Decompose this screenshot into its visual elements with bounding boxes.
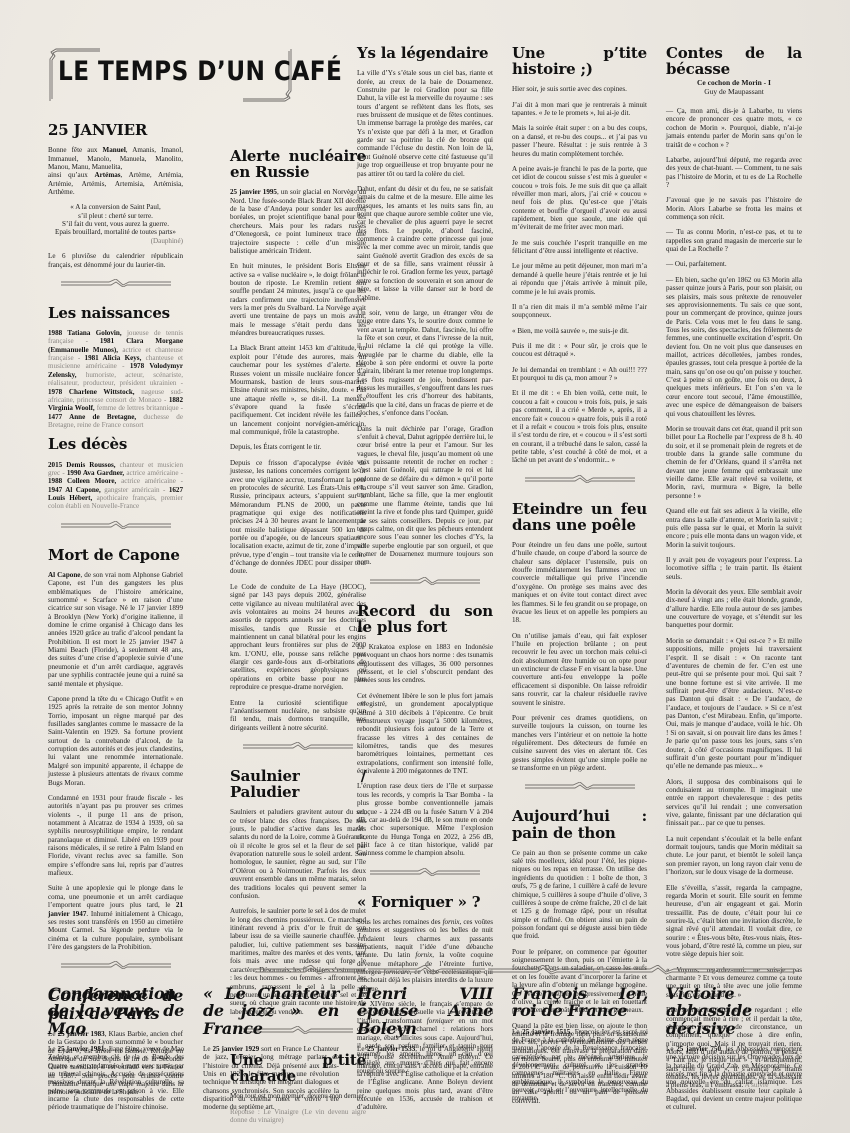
fire-paragraph: Pour prévenir ces drames quotidiens, on … bbox=[512, 714, 647, 773]
bottom-article-jazz: « Le Chanteur de jazz » en France Le 25 … bbox=[203, 985, 339, 1119]
story-paragraph: Le jour même au petit déjeuner, mon mari… bbox=[512, 262, 647, 295]
nuclear-paragraph: La Black Brant atteint 1453 km d’altitud… bbox=[230, 344, 366, 436]
capone-paragraph: Capone prend la tête du « Chicago Outfit… bbox=[48, 695, 183, 787]
tale-paragraph: Elle s’éveilla, s’assit, regarda la camp… bbox=[666, 884, 802, 959]
divider-ornament bbox=[61, 521, 171, 529]
tale-paragraph: — Oui, parfaitement. bbox=[666, 260, 802, 268]
bottom-divider-ornament bbox=[255, 965, 795, 975]
divider-ornament bbox=[243, 742, 353, 750]
bottom-article-abbasid: Victoire abbasside décisive Le 25 janvie… bbox=[666, 985, 802, 1119]
proverb: « A la conversion de Saint Paul, s’il pl… bbox=[48, 203, 183, 236]
article-heading: Condamnation de la veuve de Mao bbox=[48, 985, 184, 1037]
deaths-heading: Les décès bbox=[48, 436, 183, 452]
story-paragraph: A peine avais-je franchi le pas de la po… bbox=[512, 165, 647, 232]
births-heading: Les naissances bbox=[48, 305, 183, 321]
nuclear-paragraph: 25 janvier 1995, un soir glacial en Norv… bbox=[230, 188, 366, 255]
record-paragraph: L’éruption rase deux tiers de l’île et s… bbox=[357, 782, 493, 857]
article-heading: François Ier, roi de France bbox=[512, 985, 648, 1020]
bottom-article-henri: Henri VIII épouse Anne Boleyn Le 25 janv… bbox=[357, 985, 493, 1119]
divider-ornament bbox=[61, 961, 171, 969]
divider-ornament bbox=[370, 577, 480, 585]
nuclear-paragraph: Entre la curiosité scientifique et l’ané… bbox=[230, 699, 366, 732]
capone-paragraph: Al Capone, de son vrai nom Alphonse Gabr… bbox=[48, 571, 183, 688]
deaths-list: 2015 Demis Roussos, chanteur et musicien… bbox=[48, 461, 183, 511]
divider-ornament bbox=[61, 279, 171, 287]
ys-paragraph: La ville d’Ys s’étale sous un ciel bas, … bbox=[357, 69, 493, 178]
story-paragraph: Hier soir, je suis sortie avec des copin… bbox=[512, 85, 647, 93]
tale-author: Guy de Maupassant bbox=[666, 88, 802, 97]
bottom-article-francois: François Ier, roi de France Le 25 janvie… bbox=[512, 985, 648, 1110]
nuclear-heading: Alerte nucléaire en Russie bbox=[230, 148, 366, 180]
ys-paragraph: Dans la nuit déchirée par l’orage, Gradl… bbox=[357, 425, 493, 567]
proverb-source: (Dauphiné) bbox=[48, 237, 183, 245]
capone-heading: Mort de Capone bbox=[48, 547, 183, 563]
date-heading: 25 JANVIER bbox=[48, 122, 183, 138]
record-paragraph: Le Krakatoa explose en 1883 en Indonésie… bbox=[357, 643, 493, 685]
ys-paragraph: Dahut, enfant du désir et du feu, ne se … bbox=[357, 185, 493, 302]
newspaper-page: LE TEMPS D’UN CAFÉ 25 JANVIER Bonne fête… bbox=[0, 0, 850, 1133]
tale-paragraph: — Eh bien, sache qu’en 1862 ou 63 Morin … bbox=[666, 276, 802, 418]
divider-ornament bbox=[525, 782, 635, 790]
masthead: LE TEMPS D’UN CAFÉ bbox=[48, 47, 293, 103]
story-paragraph: Je lui demandai en tremblant : « Ah oui!… bbox=[512, 366, 647, 383]
saints-paragraph: Bonne fête aux Manuel, Amanis, Imanol, I… bbox=[48, 146, 183, 196]
tale-paragraph: Quand elle eut fait ses adieux à la viei… bbox=[666, 507, 802, 549]
tale-paragraph: Labarbe, aujourd’hui député, me regarda … bbox=[666, 156, 802, 189]
tale-paragraph: Morin la dévorait des yeux. Elle semblai… bbox=[666, 588, 802, 630]
ys-paragraph: Un soir, venu de large, un étranger vêtu… bbox=[357, 309, 493, 418]
births-list: 1988 Tatiana Golovin, joueuse de tennis … bbox=[48, 329, 183, 429]
tale-paragraph: Alors, il supposa des combinaisons qui l… bbox=[666, 778, 802, 828]
column-5: Contes de la bécasse Ce cochon de Morin … bbox=[666, 45, 802, 1097]
story-paragraph: Puis il me dit : « Pour sûr, je crois qu… bbox=[512, 342, 647, 359]
saulnier-heading: Saulnier / Paludier bbox=[230, 768, 366, 800]
nuclear-paragraph: En huit minutes, le président Boris Elts… bbox=[230, 262, 366, 337]
article-heading: Henri VIII épouse Anne Boleyn bbox=[357, 985, 493, 1037]
tale-paragraph: J’avouai que je ne savais pas l’histoire… bbox=[666, 196, 802, 221]
story-paragraph: Et il me dit : « Eh bien voilà, cette nu… bbox=[512, 389, 647, 464]
nuclear-paragraph: Le Code de conduite de La Haye (HCOC), s… bbox=[230, 583, 366, 692]
divider-ornament bbox=[370, 868, 480, 876]
story-paragraph: Mais la soirée était super : on a bu des… bbox=[512, 124, 647, 157]
article-heading: « Le Chanteur de jazz » en France bbox=[203, 985, 339, 1037]
nuclear-paragraph: Depuis ce frisson d’apocalypse évitée de… bbox=[230, 459, 366, 576]
capone-paragraph: Suite à une apoplexie qui le plonge dans… bbox=[48, 884, 183, 951]
article-heading: Victoire abbasside décisive bbox=[666, 985, 802, 1037]
story-paragraph: J’ai dit à mon mari que je rentrerais à … bbox=[512, 101, 647, 118]
record-heading: Record du son le plus fort bbox=[357, 603, 493, 635]
record-paragraph: Cet événement libère le son le plus fort… bbox=[357, 692, 493, 776]
column-3: Ys la légendaire La ville d’Ys s’étale s… bbox=[357, 45, 493, 1082]
story-paragraph: Je me suis couchée l’esprit tranquille e… bbox=[512, 239, 647, 256]
tale-paragraph: Morin se trouvait dans cet état, quand i… bbox=[666, 425, 802, 500]
tuna-paragraph: Ce pain au thon se présente comme un cak… bbox=[512, 849, 647, 941]
column-4: Une p’tite histoire ;) Hier soir, je sui… bbox=[512, 45, 647, 1112]
tale-paragraph: — Ça, mon ami, dis-je à Labarbe, tu vien… bbox=[666, 107, 802, 149]
nuclear-paragraph: Depuis, les États corrigent le tir. bbox=[230, 443, 366, 451]
fire-heading: Eteindre un feu dans une poêle bbox=[512, 501, 647, 533]
story-heading: Une p’tite histoire ;) bbox=[512, 45, 647, 77]
capone-paragraph: Condamné en 1931 pour fraude fiscale - l… bbox=[48, 794, 183, 878]
story-paragraph: Il n’a rien dit mais il m’a semblé même … bbox=[512, 303, 647, 320]
divider-ornament bbox=[525, 475, 635, 483]
tale-paragraph: Il y avait peu de voyageurs pour l’expre… bbox=[666, 556, 802, 581]
story-paragraph: « Bien, me voilà sauvée », me suis-je di… bbox=[512, 327, 647, 335]
saulnier-paragraph: Saulniers et paludiers gravitent autour … bbox=[230, 808, 366, 900]
ys-heading: Ys la légendaire bbox=[357, 45, 493, 61]
fire-paragraph: On n’utilise jamais d’eau, qui fait expl… bbox=[512, 632, 647, 707]
tale-paragraph: Morin se demandait : « Qui est-ce ? » Et… bbox=[666, 637, 802, 771]
republican-calendar: Le 6 pluviôse du calendrier républicain … bbox=[48, 252, 183, 269]
masthead-title: LE TEMPS D’UN CAFÉ bbox=[58, 56, 342, 87]
tale-paragraph: — Tu as connu Morin, n’est-ce pas, et tu… bbox=[666, 228, 802, 253]
fire-paragraph: Pour éteindre un feu dans une poêle, sur… bbox=[512, 541, 647, 625]
forniquer-paragraph: Sous les arches romaines des fornix, ces… bbox=[357, 918, 493, 993]
tale-heading: Contes de la bécasse bbox=[666, 45, 802, 77]
tuna-heading: Aujourd’hui : pain de thon bbox=[512, 808, 647, 840]
bottom-article-mao: Condamnation de la veuve de Mao Le 25 ja… bbox=[48, 985, 184, 1119]
tale-paragraph: La nuit cependant s’écoulait et la belle… bbox=[666, 835, 802, 877]
column-1: 25 JANVIER Bonne fête aux Manuel, Amanis… bbox=[48, 122, 183, 1104]
forniquer-heading: « Forniquer » ? bbox=[357, 894, 493, 910]
